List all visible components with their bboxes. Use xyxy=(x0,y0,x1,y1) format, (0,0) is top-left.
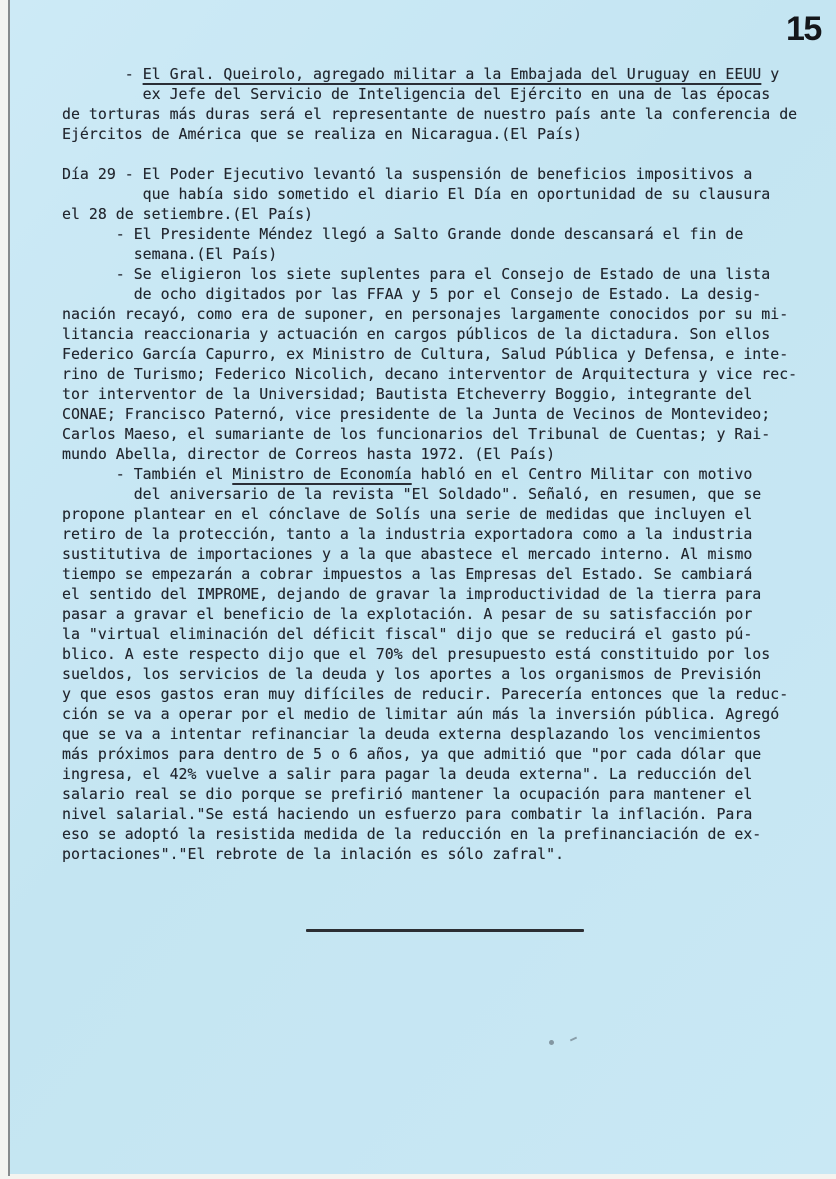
document-line: Ejércitos de América que se realiza en N… xyxy=(62,124,822,144)
text-segment: habló en el Centro Militar con motivo xyxy=(412,465,753,483)
document-line: la "virtual eliminación del déficit fisc… xyxy=(62,624,822,644)
text-segment: - Se eligieron los siete suplentes para … xyxy=(62,265,770,283)
text-segment: pasar a gravar el beneficio de la explot… xyxy=(62,605,752,623)
text-segment: el 28 de setiembre.(El País) xyxy=(62,205,313,223)
document-line: que se va a intentar refinanciar la deud… xyxy=(62,724,822,744)
text-segment: - xyxy=(62,65,143,83)
document-line: - El Gral. Queirolo, agregado militar a … xyxy=(62,64,822,84)
text-segment: que había sido sometido el diario El Día… xyxy=(62,185,770,203)
underlined-text: El Gral. Queirolo, agregado militar a la… xyxy=(143,65,762,83)
page-number: 15 xyxy=(786,10,821,49)
document-line: más próximos para dentro de 5 o 6 años, … xyxy=(62,744,822,764)
text-segment: semana.(El País) xyxy=(62,245,277,263)
document-line: ingresa, el 42% vuelve a salir para paga… xyxy=(62,764,822,784)
document-line: tor interventor de la Universidad; Bauti… xyxy=(62,384,822,404)
document-line: mundo Abella, director de Correos hasta … xyxy=(62,444,822,464)
document-line: sueldos, los servicios de la deuda y los… xyxy=(62,664,822,684)
document-line: propone plantear en el cónclave de Solís… xyxy=(62,504,822,524)
paper-speck xyxy=(549,1040,554,1045)
document-line: pasar a gravar el beneficio de la explot… xyxy=(62,604,822,624)
document-line: y que esos gastos eran muy difíciles de … xyxy=(62,684,822,704)
document-line: Federico García Capurro, ex Ministro de … xyxy=(62,344,822,364)
document-line: de ocho digitados por las FFAA y 5 por e… xyxy=(62,284,822,304)
text-segment: y que esos gastos eran muy difíciles de … xyxy=(62,685,788,703)
document-line: - También el Ministro de Economía habló … xyxy=(62,464,822,484)
text-segment: tiempo se empezarán a cobrar impuestos a… xyxy=(62,565,752,583)
document-line: retiro de la protección, tanto a la indu… xyxy=(62,524,822,544)
text-segment: blico. A este respecto dijo que el 70% d… xyxy=(62,645,770,663)
document-line: el 28 de setiembre.(El País) xyxy=(62,204,822,224)
text-segment: sueldos, los servicios de la deuda y los… xyxy=(62,665,761,683)
document-line: Día 29 - El Poder Ejecutivo levantó la s… xyxy=(62,164,822,184)
text-segment: sustitutiva de importaciones y a la que … xyxy=(62,545,752,563)
text-segment: de torturas más duras será el representa… xyxy=(62,105,797,123)
document-line: tiempo se empezarán a cobrar impuestos a… xyxy=(62,564,822,584)
document-line: sustitutiva de importaciones y a la que … xyxy=(62,544,822,564)
text-segment: mundo Abella, director de Correos hasta … xyxy=(62,445,555,463)
text-segment: salario real se dio porque se prefirió m… xyxy=(62,785,752,803)
document-line xyxy=(62,144,822,164)
paper-edge-line xyxy=(8,0,10,1176)
text-segment: retiro de la protección, tanto a la indu… xyxy=(62,525,752,543)
text-segment: Carlos Maeso, el sumariante de los funci… xyxy=(62,425,770,443)
text-segment: que se va a intentar refinanciar la deud… xyxy=(62,725,761,743)
document-line: el sentido del IMPROME, dejando de grava… xyxy=(62,584,822,604)
text-segment: portaciones"."El rebrote de la inlación … xyxy=(62,845,564,863)
text-segment: - También el xyxy=(62,465,232,483)
text-segment: propone plantear en el cónclave de Solís… xyxy=(62,505,752,523)
text-segment: ción se va a operar por el medio de limi… xyxy=(62,705,779,723)
text-segment: nación recayó, como era de suponer, en p… xyxy=(62,305,788,323)
text-segment: CONAE; Francisco Paternó, vice president… xyxy=(62,405,770,423)
text-segment: más próximos para dentro de 5 o 6 años, … xyxy=(62,745,761,763)
text-segment: y xyxy=(761,65,779,83)
typed-divider-line xyxy=(306,929,584,932)
text-segment: - El Presidente Méndez llegó a Salto Gra… xyxy=(62,225,743,243)
document-line: blico. A este respecto dijo que el 70% d… xyxy=(62,644,822,664)
text-segment: Día 29 - El Poder Ejecutivo levantó la s… xyxy=(62,165,752,183)
text-segment: el sentido del IMPROME, dejando de grava… xyxy=(62,585,761,603)
document-line: eso se adoptó la resistida medida de la … xyxy=(62,824,822,844)
document-line: Carlos Maeso, el sumariante de los funci… xyxy=(62,424,822,444)
document-line: ex Jefe del Servicio de Inteligencia del… xyxy=(62,84,822,104)
document-line: - El Presidente Méndez llegó a Salto Gra… xyxy=(62,224,822,244)
document-line: nivel salarial."Se está haciendo un esfu… xyxy=(62,804,822,824)
text-segment: del aniversario de la revista "El Soldad… xyxy=(62,485,761,503)
document-line: CONAE; Francisco Paternó, vice president… xyxy=(62,404,822,424)
text-segment: eso se adoptó la resistida medida de la … xyxy=(62,825,761,843)
document-line: que había sido sometido el diario El Día… xyxy=(62,184,822,204)
document-line: - Se eligieron los siete suplentes para … xyxy=(62,264,822,284)
text-segment: litancia reaccionaria y actuación en car… xyxy=(62,325,770,343)
text-segment: la "virtual eliminación del déficit fisc… xyxy=(62,625,752,643)
text-segment: ingresa, el 42% vuelve a salir para paga… xyxy=(62,765,752,783)
document-line: portaciones"."El rebrote de la inlación … xyxy=(62,844,822,864)
document-line: ción se va a operar por el medio de limi… xyxy=(62,704,822,724)
text-segment: ex Jefe del Servicio de Inteligencia del… xyxy=(62,85,770,103)
text-segment: Ejércitos de América que se realiza en N… xyxy=(62,125,582,143)
document-text: - El Gral. Queirolo, agregado militar a … xyxy=(62,64,822,864)
document-line: del aniversario de la revista "El Soldad… xyxy=(62,484,822,504)
text-segment: nivel salarial."Se está haciendo un esfu… xyxy=(62,805,752,823)
text-segment: de ocho digitados por las FFAA y 5 por e… xyxy=(62,285,761,303)
text-segment: Federico García Capurro, ex Ministro de … xyxy=(62,345,788,363)
text-segment: tor interventor de la Universidad; Bauti… xyxy=(62,385,752,403)
document-line: semana.(El País) xyxy=(62,244,822,264)
document-line: litancia reaccionaria y actuación en car… xyxy=(62,324,822,344)
text-segment: rino de Turismo; Federico Nicolich, deca… xyxy=(62,365,797,383)
document-line: rino de Turismo; Federico Nicolich, deca… xyxy=(62,364,822,384)
document-line: de torturas más duras será el representa… xyxy=(62,104,822,124)
underlined-text: Ministro de Economía xyxy=(232,465,411,483)
document-line: nación recayó, como era de suponer, en p… xyxy=(62,304,822,324)
document-line: salario real se dio porque se prefirió m… xyxy=(62,784,822,804)
